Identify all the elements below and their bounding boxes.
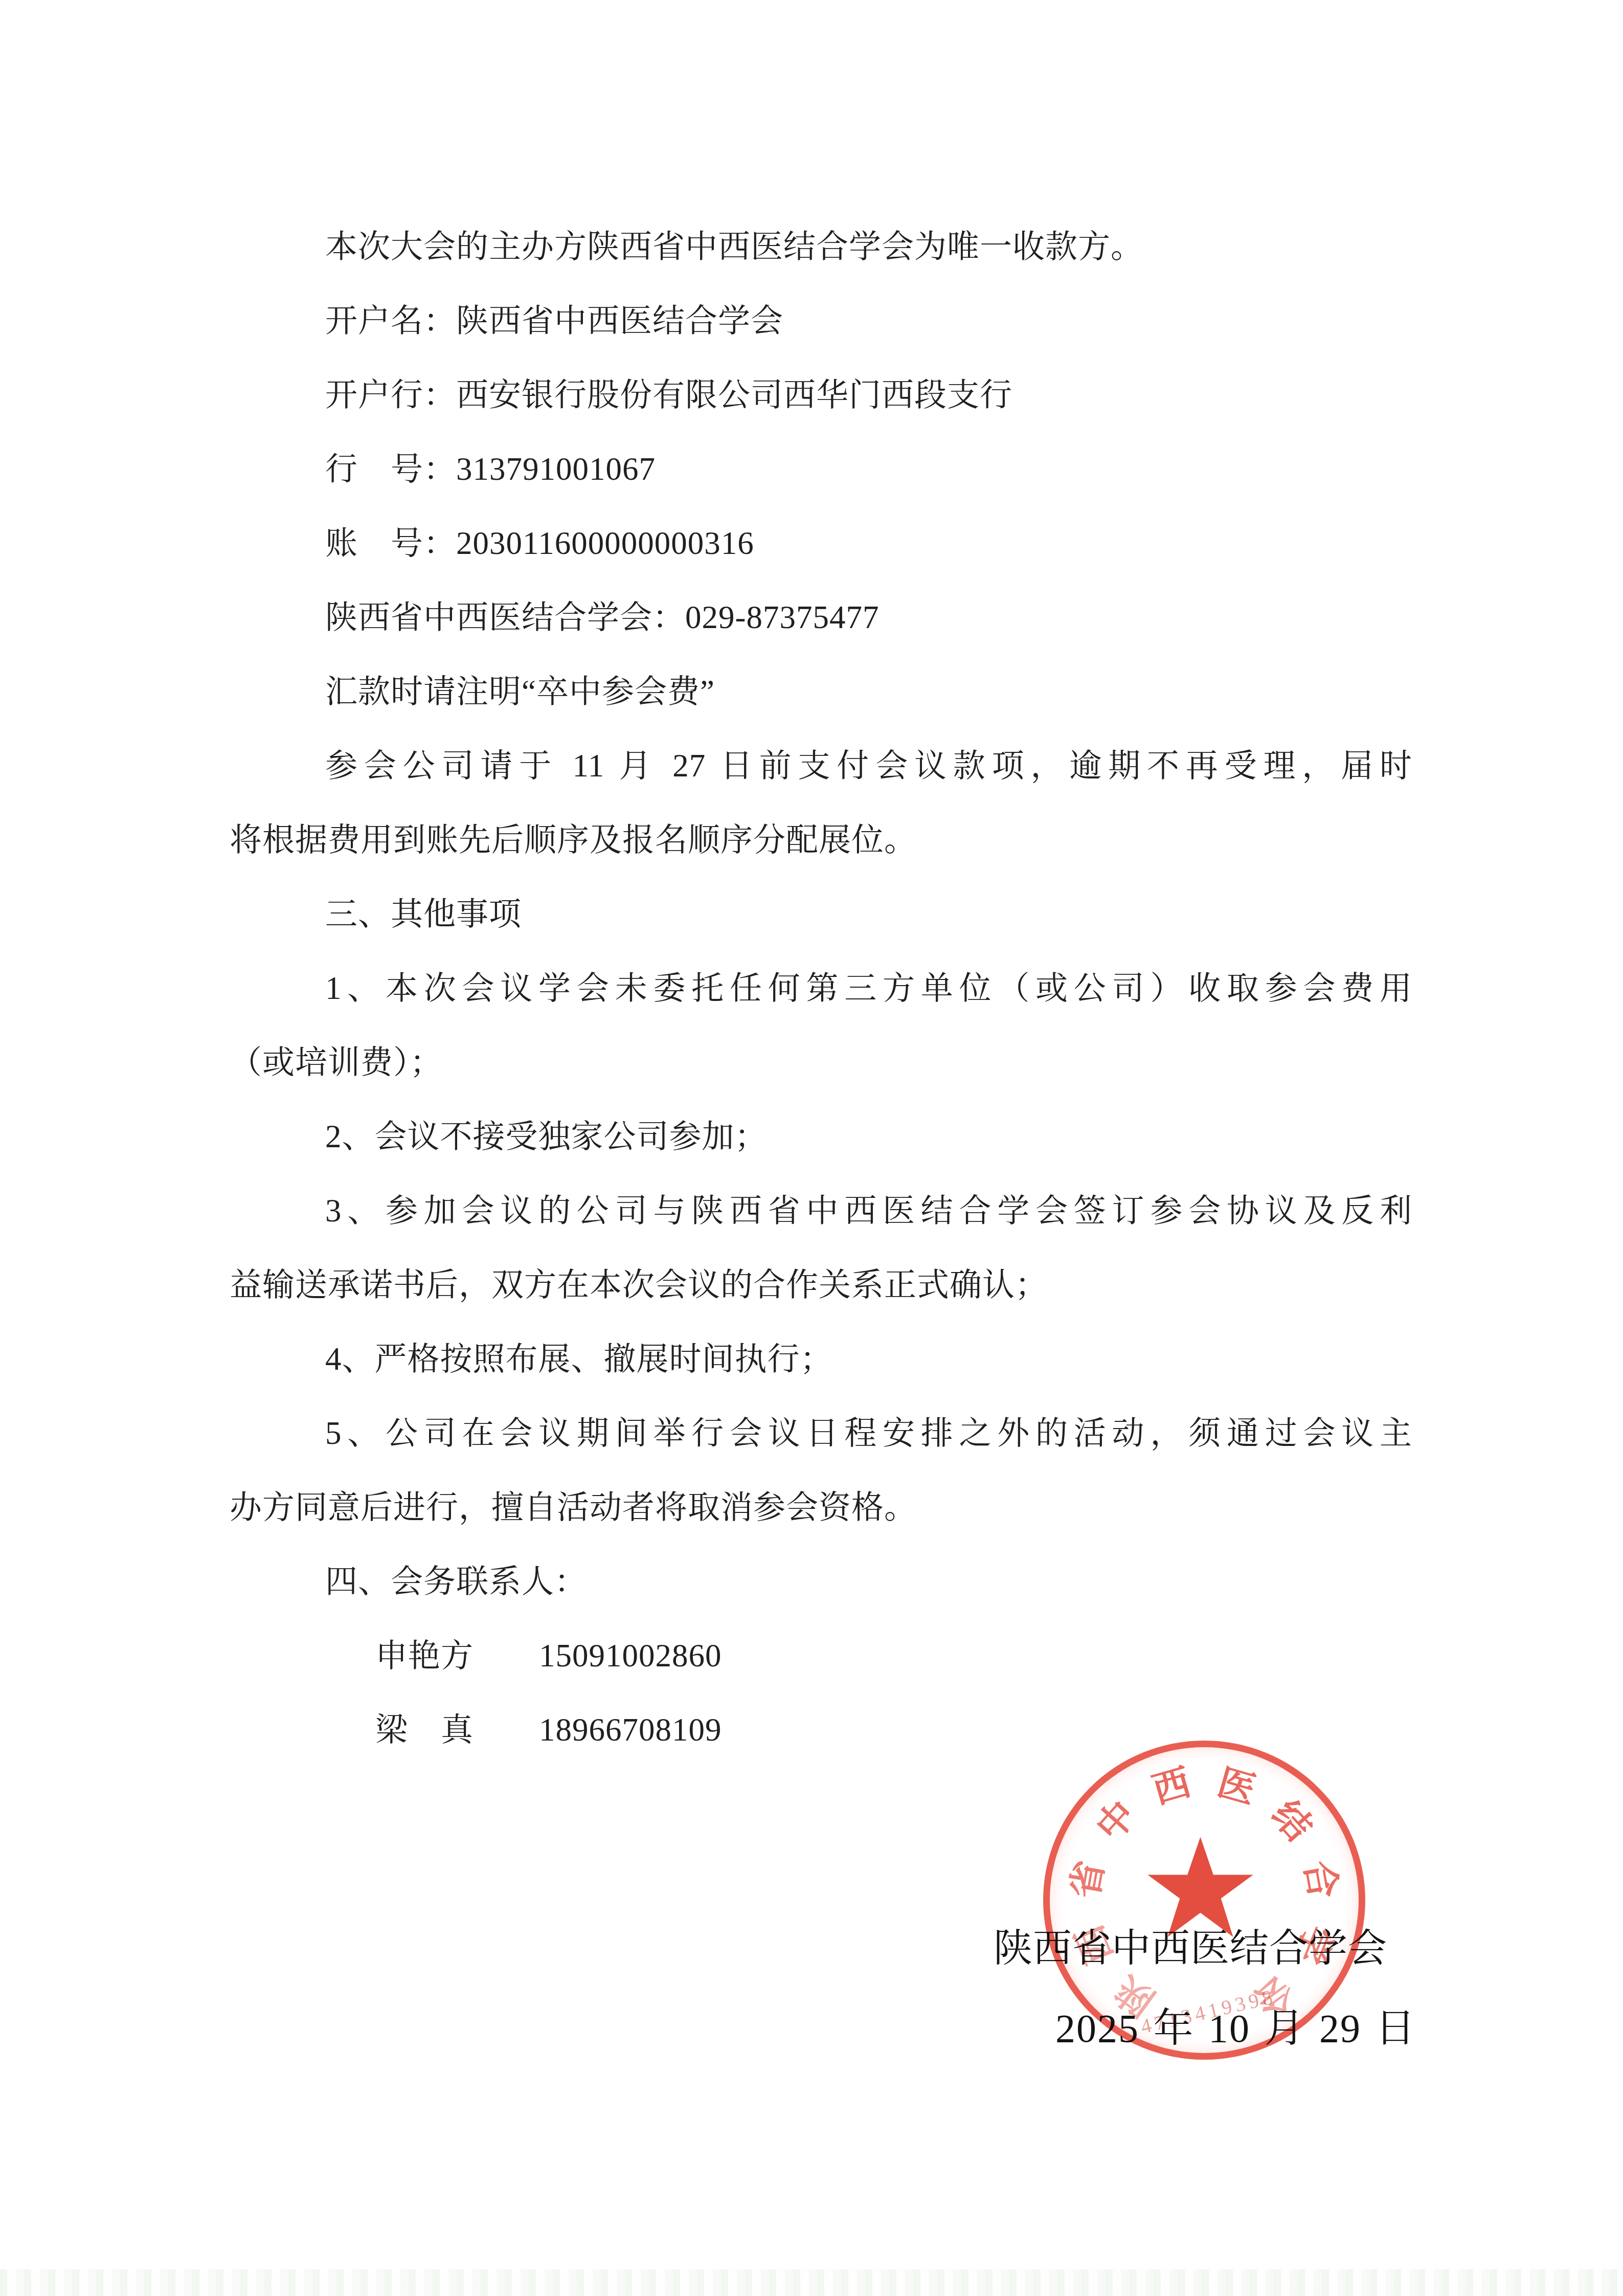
signature-org: 陕西省中西医结合学会: [994, 1924, 1387, 1973]
section-4-heading: 四、会务联系人：: [230, 1545, 1412, 1619]
item-5-line-2: 办方同意后进行，擅自活动者将取消参会资格。: [230, 1470, 1412, 1545]
document-body: 本次大会的主办方陕西省中西医结合学会为唯一收款方。 开户名：陕西省中西医结合学会…: [230, 210, 1412, 1767]
item-1-line-2: （或培训费）；: [230, 1026, 1412, 1100]
bank-number-line: 行 号：313791001067: [230, 432, 1412, 506]
section-3-heading: 三、其他事项: [230, 877, 1412, 951]
document-page: { "doc": { "lines": [ "本次大会的主办方陕西省中西医结合学…: [0, 0, 1623, 2296]
bank-branch-line: 开户行：西安银行股份有限公司西华门西段支行: [230, 358, 1412, 432]
item-5-line-1: 5、公司在会议期间举行会议日程安排之外的活动，须通过会议主: [230, 1396, 1412, 1470]
item-3-line-1: 3、参加会议的公司与陕西省中西医结合学会签订参会协议及反利: [230, 1174, 1412, 1248]
contact-1-line: 申艳方 15091002860: [230, 1619, 1412, 1693]
society-phone-line: 陕西省中西医结合学会：029-87375477: [230, 581, 1412, 655]
remittance-note-line: 汇款时请注明“卒中参会费”: [230, 655, 1412, 729]
payee-note-line: 本次大会的主办方陕西省中西医结合学会为唯一收款方。: [230, 210, 1412, 284]
scan-noise-strip: [0, 2269, 1623, 2296]
signature-date: 2025 年 10 月 29 日: [1055, 2004, 1416, 2053]
payment-deadline-line-2: 将根据费用到账先后顺序及报名顺序分配展位。: [230, 803, 1412, 877]
payment-deadline-line-1: 参会公司请于 11 月 27 日前支付会议款项，逾期不再受理，届时: [230, 729, 1412, 803]
item-2-line: 2、会议不接受独家公司参加；: [230, 1100, 1412, 1174]
seal-ring-char: 省: [1055, 1856, 1114, 1902]
account-name-line: 开户名：陕西省中西医结合学会: [230, 284, 1412, 358]
item-1-line-1: 1、本次会议学会未委托任何第三方单位（或公司）收取参会费用: [230, 951, 1412, 1026]
contact-2-line: 梁 真 18966708109: [230, 1693, 1412, 1767]
account-number-line: 账 号：203011600000000316: [230, 506, 1412, 581]
seal-ring-char: 合: [1294, 1856, 1354, 1902]
seal-ring-char: 中: [1081, 1787, 1146, 1851]
seal-ring-char: 结: [1262, 1787, 1327, 1851]
item-3-line-2: 益输送承诺书后，双方在本次会议的合作关系正式确认；: [230, 1248, 1412, 1322]
item-4-line: 4、严格按照布展、撤展时间执行；: [230, 1322, 1412, 1396]
